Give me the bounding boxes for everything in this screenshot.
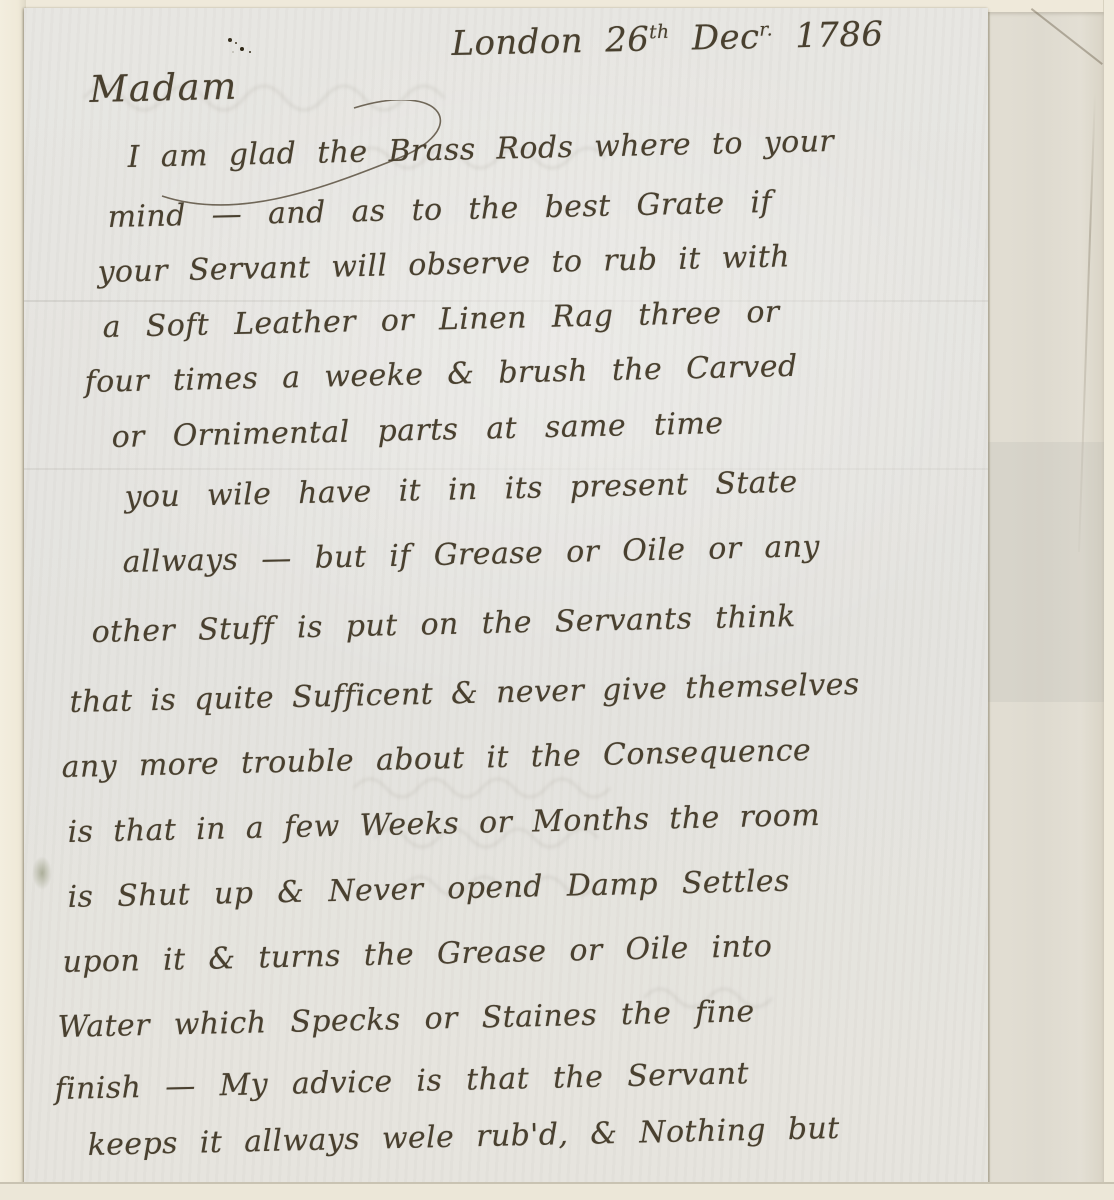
dateline-month-suffix: r.	[759, 19, 773, 40]
dateline-day: 26	[605, 20, 650, 61]
dateline-day-suffix: th	[649, 22, 670, 43]
dateline-year: 1786	[795, 14, 884, 56]
paper-crease	[1031, 8, 1103, 65]
under-sheet-bottom-edge	[0, 1182, 1114, 1200]
dateline-month: Dec	[691, 17, 760, 59]
letter-scan: London 26th Decr. 1786 Madam I am glad t…	[0, 0, 1114, 1200]
under-sheet-right-edge	[1103, 0, 1114, 1200]
ink-spatter	[228, 38, 232, 42]
dateline-city: London	[451, 21, 583, 64]
paper-shading	[988, 442, 1104, 702]
under-sheet-left-edge	[0, 0, 26, 1200]
letter-page: London 26th Decr. 1786 Madam I am glad t…	[24, 8, 988, 1184]
paper-smudge	[32, 856, 52, 890]
folded-second-leaf	[988, 12, 1104, 1192]
